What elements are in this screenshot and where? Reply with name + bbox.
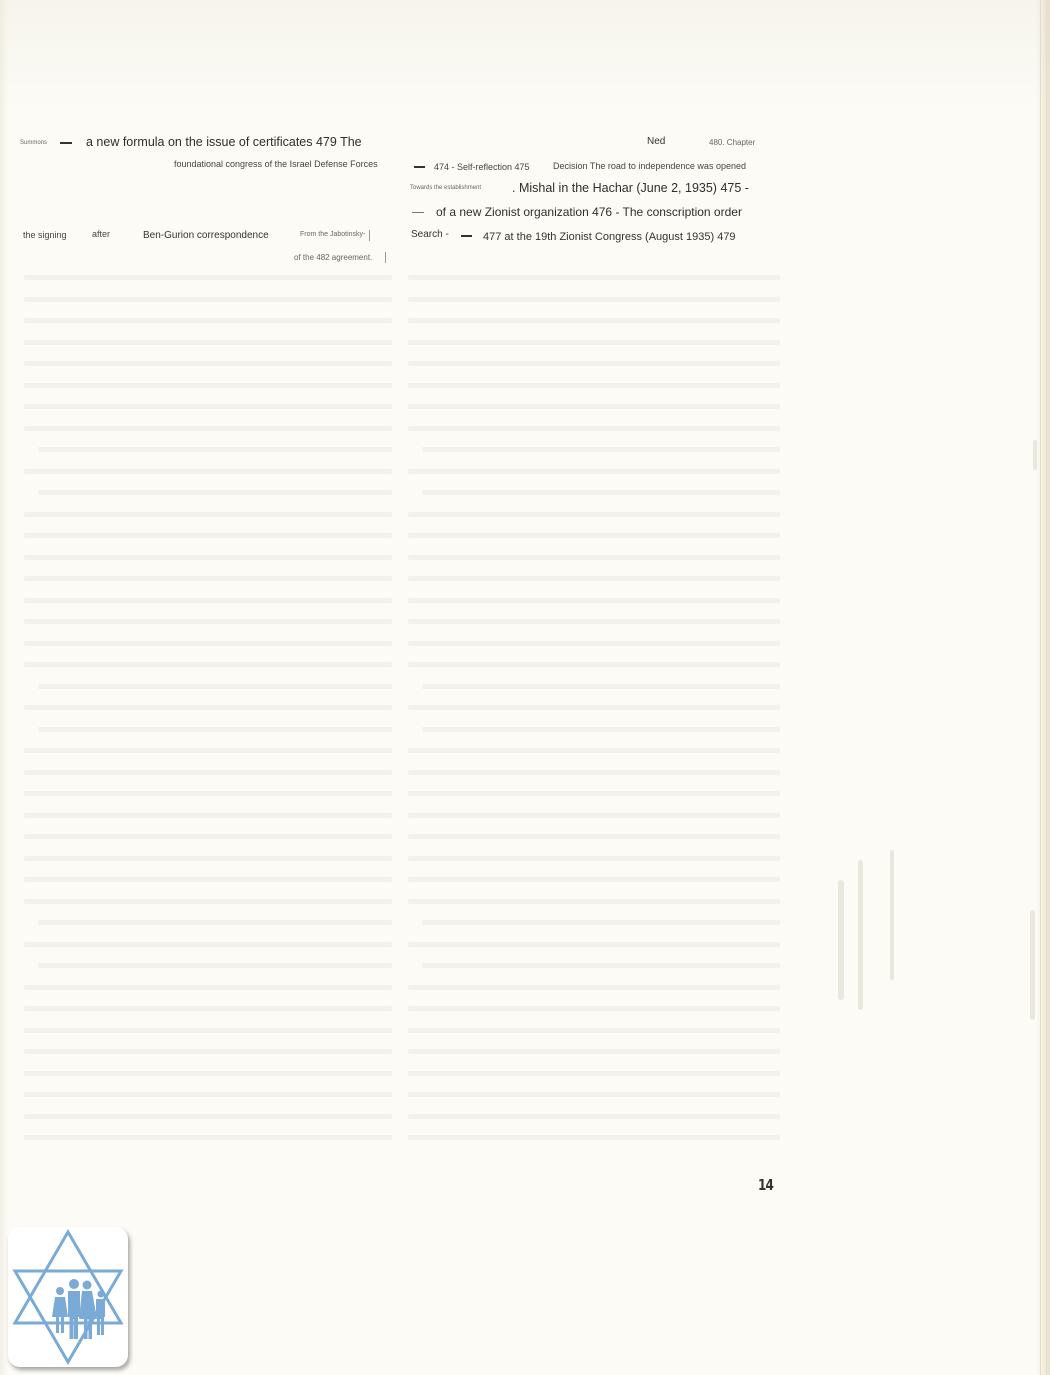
ghost-line	[24, 275, 392, 280]
toc-entry-ned: Ned	[647, 137, 665, 147]
ghost-line	[24, 426, 392, 431]
dash-separator	[461, 235, 472, 237]
ghost-line	[422, 920, 780, 925]
ghost-line	[408, 985, 780, 990]
ghost-line	[408, 1071, 780, 1076]
toc-entry-founding-congress: foundational congress of the Israel Defe…	[174, 160, 378, 169]
ghost-line	[408, 533, 780, 538]
margin-bar	[369, 230, 370, 241]
ghost-line	[408, 318, 780, 323]
ghost-line	[24, 512, 392, 517]
ghost-line	[24, 555, 392, 560]
toc-entry-signing: the signing	[23, 231, 67, 240]
toc-label-summons: Summons	[20, 140, 47, 146]
ghost-line	[408, 576, 780, 581]
toc-entry-agreement: of the 482 agreement.	[294, 254, 372, 262]
ghost-line	[24, 361, 392, 366]
ghost-line	[408, 361, 780, 366]
ghost-line	[408, 748, 780, 753]
ghost-line	[38, 963, 392, 968]
ghost-line	[408, 512, 780, 517]
ghost-line	[24, 791, 392, 796]
ghost-line	[24, 1028, 392, 1033]
toc-entry-after: after	[92, 230, 110, 239]
ghost-line	[24, 1071, 392, 1076]
page-number: 14	[758, 1176, 773, 1194]
ghost-line	[24, 813, 392, 818]
ghost-line	[24, 469, 392, 474]
ghost-line	[24, 318, 392, 323]
ghost-line	[38, 447, 392, 452]
ghost-line	[408, 598, 780, 603]
toc-entry-certificates: a new formula on the issue of certificat…	[86, 136, 362, 149]
ghost-line	[408, 469, 780, 474]
ghost-line	[408, 340, 780, 345]
ghost-line	[24, 404, 392, 409]
ghost-line	[38, 727, 392, 732]
ghost-line	[408, 877, 780, 882]
ghost-line	[24, 1114, 392, 1119]
ghost-line	[408, 426, 780, 431]
ghost-line	[408, 619, 780, 624]
ghost-line	[408, 899, 780, 904]
ghost-line	[24, 748, 392, 753]
ghost-line	[24, 985, 392, 990]
ghost-line	[422, 490, 780, 495]
ghost-line	[24, 662, 392, 667]
ghost-line	[24, 856, 392, 861]
ghost-line	[408, 275, 780, 280]
ghost-line	[24, 877, 392, 882]
ghost-line	[24, 705, 392, 710]
margin-bar	[385, 252, 386, 263]
ghost-line	[38, 684, 392, 689]
ghost-line	[422, 963, 780, 968]
ghost-line	[38, 920, 392, 925]
ghost-line	[408, 1135, 780, 1140]
scan-smudge	[858, 860, 863, 1010]
ghost-line	[408, 770, 780, 775]
page-edge-line	[1046, 0, 1047, 1375]
scan-smudge	[838, 880, 844, 1000]
ghost-line	[24, 297, 392, 302]
toc-entry-jabotinsky: From the Jabotinsky-	[300, 231, 365, 238]
ghost-line	[408, 297, 780, 302]
ghost-line	[408, 1114, 780, 1119]
star-of-david-family-icon	[8, 1227, 128, 1367]
page-edge-line	[1040, 0, 1041, 1375]
ghost-line	[24, 533, 392, 538]
ghost-line	[422, 684, 780, 689]
toc-entry-search: Search -	[411, 230, 449, 240]
ghost-line	[408, 662, 780, 667]
toc-entry-towards-establishment: Towards the establishment	[410, 185, 481, 191]
ghost-line	[24, 770, 392, 775]
ghost-line	[24, 576, 392, 581]
ghost-line	[38, 490, 392, 495]
ghost-line	[422, 727, 780, 732]
scan-smudge	[1033, 440, 1037, 470]
ghost-line	[408, 555, 780, 560]
dash-separator	[60, 142, 72, 144]
ghost-line	[24, 619, 392, 624]
ghost-line	[24, 383, 392, 388]
ghost-line	[408, 383, 780, 388]
toc-entry-self-reflection: 474 - Self-reflection 475	[434, 163, 530, 172]
toc-entry-decision-independence: Decision The road to independence was op…	[553, 162, 746, 171]
ghost-line	[408, 1006, 780, 1011]
ghost-line	[408, 942, 780, 947]
ghost-line	[408, 791, 780, 796]
toc-entry-chapter-480: 480. Chapter	[709, 139, 755, 147]
ghost-line	[408, 705, 780, 710]
ghost-line	[408, 834, 780, 839]
toc-entry-19th-congress: 477 at the 19th Zionist Congress (August…	[483, 232, 736, 243]
ghost-line	[24, 834, 392, 839]
dash-separator	[412, 212, 424, 213]
ghost-line	[422, 447, 780, 452]
ghost-line	[408, 641, 780, 646]
ghost-line	[24, 598, 392, 603]
ghost-line	[408, 856, 780, 861]
ghost-line	[24, 1006, 392, 1011]
toc-entry-ben-gurion: Ben-Gurion correspondence	[143, 231, 269, 241]
ghost-line	[24, 942, 392, 947]
ghost-line	[24, 899, 392, 904]
ghost-line	[24, 1135, 392, 1140]
scan-smudge	[890, 850, 894, 980]
dash-separator	[414, 166, 425, 168]
ghost-line	[24, 1049, 392, 1054]
ghost-line	[408, 404, 780, 409]
ghost-line	[24, 641, 392, 646]
logo	[8, 1227, 128, 1367]
toc-entry-mishal: . Mishal in the Hachar (June 2, 1935) 47…	[512, 182, 749, 195]
ghost-line	[408, 1028, 780, 1033]
ghost-line	[408, 1092, 780, 1097]
ghost-line	[408, 1049, 780, 1054]
toc-entry-zionist-organization: of a new Zionist organization 476 - The …	[436, 206, 742, 218]
scan-smudge	[1030, 910, 1035, 1020]
ghost-line	[24, 1092, 392, 1097]
ghost-line	[408, 813, 780, 818]
ghost-line	[24, 340, 392, 345]
